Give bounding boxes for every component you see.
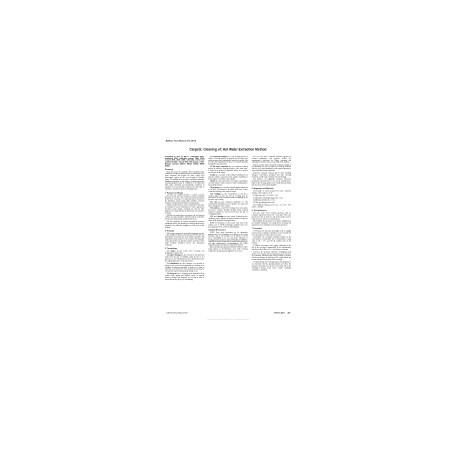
footer-method-label: TM 171-2010323 xyxy=(274,312,290,314)
definition: 3.4 detergent, n.—a cleaning agent formu… xyxy=(165,273,204,281)
paragraph: 7.3 Where a prespray is used, apply it u… xyxy=(252,245,291,251)
development-note: Developed in 1995 by AATCC Committee RA5… xyxy=(165,156,204,167)
paragraph: 4.1 Good laboratory practices should be … xyxy=(208,247,247,253)
definition: 3.10 resoiling, n.—the reacquisition of … xyxy=(208,193,247,201)
definition: 3.7 pH, n.—a measure of the acidity or a… xyxy=(208,174,247,180)
paragraph: 1.4 Safe operation of heated, pressurize… xyxy=(165,221,204,229)
doc-columns: Developed in 1995 by AATCC Committee RA5… xyxy=(165,156,291,312)
definition: 3.6 hot water extraction, n.—an extracti… xyxy=(208,166,247,174)
paragraph: 6.1 Any textile floor covering specimen … xyxy=(252,212,291,220)
doc-column-2: 3.5 extraction cleaning, n.—a wet cleani… xyxy=(208,156,247,312)
doc-header: AATCC Test Method 171-2010 xyxy=(166,140,196,142)
paragraph: 7.5 Immediately after cleaning, groom th… xyxy=(252,261,291,271)
doc-column-1: Developed in 1995 by AATCC Committee RA5… xyxy=(165,156,204,312)
definition: 3.9 prespray, n.—a cleaning solution app… xyxy=(208,187,247,193)
paragraph: 4.5 Observe all applicable personal prot… xyxy=(252,179,291,187)
definition: 3.5 extraction cleaning, n.—a wet cleani… xyxy=(208,156,247,166)
definition: 3.8 pile, n.—the raised surface of a car… xyxy=(208,181,247,187)
paragraph: 7.4 Clean the specimen with slow, overla… xyxy=(252,251,291,261)
list-item: 5.6 Conditioned drying room at 21 ± 1°C … xyxy=(252,205,291,209)
note: NOTE: For definitions of other textile t… xyxy=(208,222,247,227)
footer-manual-label: AATCC Technical Manual/2011 xyxy=(166,312,188,314)
paragraph: 4.2 The hot water extraction machine ope… xyxy=(252,156,291,164)
definition: 3.2 carpet cleaning, n.—the removal of s… xyxy=(165,255,204,263)
footer-method-number: TM 171-2010 xyxy=(274,312,284,314)
doc-title: Carpets: Cleaning of; Hot Water Extracti… xyxy=(165,148,291,152)
doc-column-3: 4.2 The hot water extraction machine ope… xyxy=(252,156,291,312)
paragraph: 7.1 Vacuum the specimen thoroughly with … xyxy=(252,230,291,236)
footer-page-number: 323 xyxy=(287,312,290,314)
list-item: 5.1 Portable or truck mounted hot water … xyxy=(252,190,291,194)
definition: 3.12 wand, n.—a hand tool carrying one o… xyxy=(208,208,247,216)
paragraph: 2.1 A carpet specimen is cleaned by spra… xyxy=(165,233,204,247)
page-background: AATCC Test Method 171-2010 Carpets: Clea… xyxy=(0,0,458,458)
definition: 3.11 soil, n.—any extraneous particulate… xyxy=(208,202,247,208)
paragraph: 1.2 The method may be used in conjunctio… xyxy=(165,205,204,215)
document-content: AATCC Test Method 171-2010 Carpets: Clea… xyxy=(165,139,291,328)
paragraph: Since this series of Committee RA57 meth… xyxy=(165,171,204,190)
definition: 3.1 carpet, n.—all textile floor coverin… xyxy=(165,250,204,254)
paragraph: 7.2 Prepare the extraction detergent sol… xyxy=(252,237,291,245)
note: NOTE: These safety precautions are for i… xyxy=(208,232,247,246)
doc-footer: AATCC Technical Manual/2011 TM 171-20103… xyxy=(166,312,291,315)
copyright-line: Copyright © 2010 American Association of… xyxy=(165,319,291,321)
definition: 3.3 colorfastness, n.—the resistance of … xyxy=(165,263,204,273)
paragraph: 4.4 Wear chemical resistant gloves when … xyxy=(252,172,291,178)
paragraph: 1.1 This test method provides a uniform … xyxy=(165,195,204,205)
definition: 3.13 wet cleaning, n.—any carpet cleanin… xyxy=(208,216,247,222)
paragraph: 6.2 Condition the specimens to moisture … xyxy=(252,221,291,227)
document-page: AATCC Test Method 171-2010 Carpets: Clea… xyxy=(165,139,291,328)
paragraph: 1.3 This test method does not measure th… xyxy=(165,215,204,221)
paragraph: 4.3 An eyewash station should be readily… xyxy=(252,164,291,172)
